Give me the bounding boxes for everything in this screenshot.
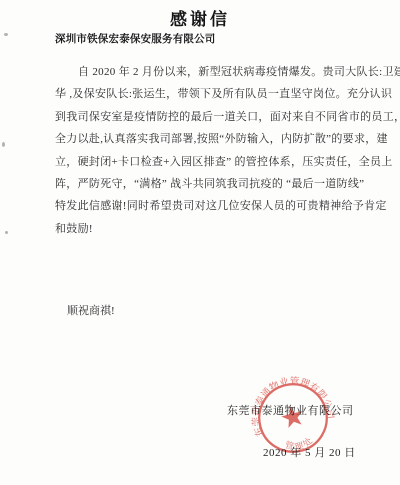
scan-speck (2, 142, 5, 147)
body-line: 华 ,及保安队长:张运生，带领下及所有队员一直坚守岗位。充分认识 (55, 83, 400, 105)
signature-date: 2020 年 5 月 20 日 (263, 444, 356, 460)
stamp-arc-text: 东莞市泰通物业管理有限公司 (247, 372, 336, 439)
stamp-star-icon (279, 403, 305, 428)
recipient-line: 深圳市铁保宏泰保安服务有限公司 (55, 31, 216, 46)
scan-speck (4, 33, 8, 36)
letter-page: 感谢信 深圳市铁保宏泰保安服务有限公司 自 2020 年 2 月份以来，新型冠状… (0, 0, 400, 485)
body-line: 阵，严防死守，“满格” 战斗共同筑我司抗疫的 “最后一道防线” (55, 173, 400, 195)
letter-title: 感谢信 (0, 5, 400, 30)
body-line: 自 2020 年 2 月份以来，新型冠状病毒疫情爆发。贵司大队长:卫建 (55, 61, 400, 83)
body-line: 全力以赴,认真落实我司部署,按照“外防输入，内防扩散”的要求，建 (55, 128, 400, 150)
body-line: 立，硬封闭+卡口检查+入园区排查” 的管控体系，压实责任，全员上 (55, 151, 400, 173)
svg-text:东莞市泰通物业管理有限公司: 东莞市泰通物业管理有限公司 (247, 372, 336, 439)
scan-speck (5, 231, 8, 234)
body-line: 和鼓励! (55, 218, 400, 240)
body-line: 特发此信感谢!同时希望贵司对这几位安保人员的可贵精神给予肯定 (55, 195, 400, 217)
body-line: 到我司保安室是疫情防控的最后一道关口，面对来自不同省市的员工， (55, 106, 400, 128)
letter-body: 自 2020 年 2 月份以来，新型冠状病毒疫情爆发。贵司大队长:卫建华 ,及保… (55, 61, 400, 240)
closing-phrase: 顺祝商祺! (67, 302, 115, 318)
